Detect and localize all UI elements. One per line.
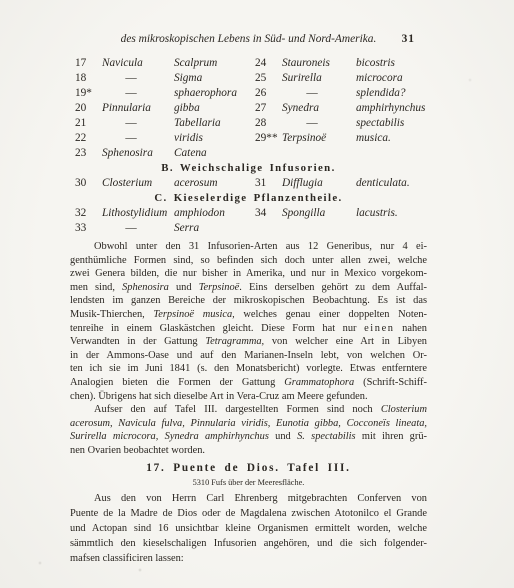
- text-segment: Obwohl unter den 31 Infusorien-Arten aus…: [94, 241, 427, 252]
- species-epithet: Scalprum: [174, 56, 217, 71]
- species-row: 30Closteriumacerosum31Difflugiadenticula…: [70, 176, 427, 191]
- species-number: 34: [255, 206, 282, 221]
- species-epithet: amphirhynchus: [356, 101, 425, 116]
- species-entry: 33—Serra: [70, 221, 255, 236]
- species-number: 30: [75, 176, 102, 191]
- paragraph-tafel3-observations: Aufser den auf Tafel III. dargestellten …: [70, 403, 427, 457]
- text-line: acerosum, Navicula fulva, Pinnularia vir…: [70, 417, 427, 431]
- species-genus: Difflugia: [282, 176, 356, 191]
- species-epithet: gibba: [174, 101, 200, 116]
- text-line: Verwandten in der Gattung Tetragramma, v…: [70, 335, 427, 349]
- text-segment: men sind,: [70, 282, 122, 293]
- text-segment: acerosum, Navicula fulva, Pinnularia vir…: [70, 418, 427, 429]
- species-row: 20Pinnulariagibba27Synedraamphirhynchus: [70, 101, 427, 116]
- text-column: 17NaviculaScalprum24Stauroneisbicostris1…: [70, 56, 427, 566]
- text-line: mafsen classificiren lassen:: [70, 551, 427, 566]
- text-segment: von welcher eine Art in Libyen: [264, 336, 427, 347]
- species-entry: 21—Tabellaria: [70, 116, 255, 131]
- ditto-dash: —: [282, 116, 356, 131]
- text-line: und Actopan sind 16 unsichtbar kleine Or…: [70, 521, 427, 536]
- species-epithet: lacustris.: [356, 206, 398, 221]
- text-segment: mafsen classificiren lassen:: [70, 553, 184, 564]
- species-entry: 22—viridis: [70, 131, 255, 146]
- species-entry: 23SphenosiraCatena: [70, 146, 255, 161]
- species-number: 23: [75, 146, 102, 161]
- text-line: genthümliche Formen sind, so befinden si…: [70, 254, 427, 268]
- text-line: Obwohl unter den 31 Infusorien-Arten aus…: [70, 240, 427, 254]
- text-segment: nahen: [395, 323, 427, 334]
- species-number: 27: [255, 101, 282, 116]
- text-segment: mit ihren grü-: [356, 431, 427, 442]
- text-line: men sind, Sphenosira und Terpsinoë. Eins…: [70, 281, 427, 295]
- species-genus: Lithostylidium: [102, 206, 174, 221]
- paragraph-puente-de-dios: Aus den von Herrn Carl Ehrenberg mitgebr…: [70, 491, 427, 566]
- species-entry: 20Pinnulariagibba: [70, 101, 255, 116]
- species-entry: 18—Sigma: [70, 71, 255, 86]
- running-header: des mikroskopischen Lebens in Süd- und N…: [70, 33, 427, 46]
- species-row: 17NaviculaScalprum24Stauroneisbicostris: [70, 56, 427, 71]
- list-section-heading: C. Kieselerdige Pflanzentheile.: [70, 191, 427, 206]
- text-segment: Analogien bieten die Formen der Gattung: [70, 377, 284, 388]
- text-line: lendsten im ganzen Bereiche der mikrosko…: [70, 294, 427, 308]
- species-epithet: amphiodon: [174, 206, 225, 221]
- text-segment: lendsten im ganzen Bereiche der mikrosko…: [70, 295, 427, 306]
- species-genus: Navicula: [102, 56, 174, 71]
- text-line: Musik-Thierchen, Terpsinoë musica, welch…: [70, 308, 427, 322]
- species-epithet: acerosum: [174, 176, 218, 191]
- species-genus: Spongilla: [282, 206, 356, 221]
- text-segment: Aufser den auf Tafel III. dargestellten …: [94, 404, 381, 415]
- species-number: 20: [75, 101, 102, 116]
- section-heading: 17. Puente de Dios. Tafel III.: [70, 461, 427, 476]
- species-entry: 32Lithostylidiumamphiodon: [70, 206, 255, 221]
- species-entry: 29**Terpsinoëmusica.: [255, 131, 391, 146]
- species-genus: Terpsinoë: [282, 131, 356, 146]
- text-line: Aufser den auf Tafel III. dargestellten …: [70, 403, 427, 417]
- species-entry: 24Stauroneisbicostris: [255, 56, 395, 71]
- text-segment: sämmtlich den kieselschaligen Infusorien…: [70, 538, 427, 549]
- species-entry: 34Spongillalacustris.: [255, 206, 398, 221]
- species-row: 19*—sphaerophora26—splendida?: [70, 86, 427, 101]
- text-segment: tenreihe in einem Glaskästchen gleicht. …: [70, 323, 364, 334]
- species-epithet: viridis: [174, 131, 203, 146]
- text-segment: Terpsinoë: [199, 282, 240, 293]
- species-genus: Closterium: [102, 176, 174, 191]
- text-line: ten ich sie im Juni 1841 (s. den Monatsb…: [70, 362, 427, 376]
- species-genus: Pinnularia: [102, 101, 174, 116]
- text-segment: Surirella microcora, Synedra amphirhynch…: [70, 431, 269, 442]
- text-line: zwei Genera bilden, die nur bisher in Am…: [70, 267, 427, 281]
- text-segment: zwei Genera bilden, die nur bisher in Am…: [70, 268, 427, 279]
- species-row: 32Lithostylidiumamphiodon34Spongillalacu…: [70, 206, 427, 221]
- text-segment: welches genau einer doppelten Noten-: [235, 309, 427, 320]
- text-segment: Closterium: [381, 404, 427, 415]
- text-segment: chen). Übrigens hat sich dieselbe Art in…: [70, 391, 368, 402]
- list-section-heading: B. Weichschalige Infusorien.: [70, 161, 427, 176]
- species-number: 33: [75, 221, 102, 236]
- text-segment: Tetragramma,: [205, 336, 264, 347]
- species-entry: 28—spectabilis: [255, 116, 404, 131]
- text-line: Puente de la Madre de Dios oder de Magda…: [70, 506, 427, 521]
- species-number: 26: [255, 86, 282, 101]
- text-line: sämmtlich den kieselschaligen Infusorien…: [70, 536, 427, 551]
- species-epithet: Serra: [174, 221, 199, 236]
- section-altitude-note: 5310 Fufs über der Meeresfläche.: [70, 477, 427, 488]
- text-segment: (Schrift-Schiff-: [354, 377, 427, 388]
- species-epithet: Sigma: [174, 71, 202, 86]
- species-number: 24: [255, 56, 282, 71]
- text-segment: in der Ammons-Oase und auf den Marianen-…: [70, 350, 427, 361]
- species-genus: Surirella: [282, 71, 356, 86]
- scanned-book-page: des mikroskopischen Lebens in Süd- und N…: [0, 0, 514, 588]
- running-header-title: des mikroskopischen Lebens in Süd- und N…: [121, 33, 377, 45]
- species-entry: 17NaviculaScalprum: [70, 56, 255, 71]
- species-epithet: spectabilis: [356, 116, 404, 131]
- species-entry: 25Surirellamicrocora: [255, 71, 403, 86]
- text-segment: und: [169, 282, 199, 293]
- text-segment: S. spectabilis: [297, 431, 356, 442]
- text-segment: Verwandten in der Gattung: [70, 336, 205, 347]
- species-number: 29**: [255, 131, 282, 146]
- text-line: in der Ammons-Oase und auf den Marianen-…: [70, 349, 427, 363]
- species-genus: Synedra: [282, 101, 356, 116]
- species-epithet: Tabellaria: [174, 116, 221, 131]
- text-segment: nen Ovarien beobachtet worden.: [70, 445, 205, 456]
- paragraph-overview: Obwohl unter den 31 Infusorien-Arten aus…: [70, 240, 427, 403]
- ditto-dash: —: [102, 221, 174, 236]
- text-line: Analogien bieten die Formen der Gattung …: [70, 376, 427, 390]
- text-line: tenreihe in einem Glaskästchen gleicht. …: [70, 322, 427, 336]
- text-line: nen Ovarien beobachtet worden.: [70, 444, 427, 458]
- page-number: 31: [402, 33, 415, 46]
- text-line: Surirella microcora, Synedra amphirhynch…: [70, 430, 427, 444]
- species-number: 32: [75, 206, 102, 221]
- species-epithet: sphaerophora: [174, 86, 237, 101]
- text-segment: Sphenosira: [122, 282, 169, 293]
- species-entry: 30Closteriumacerosum: [70, 176, 255, 191]
- species-number: 18: [75, 71, 102, 86]
- species-number: 31: [255, 176, 282, 191]
- species-row: 33—Serra: [70, 221, 427, 236]
- species-entry: 27Synedraamphirhynchus: [255, 101, 425, 116]
- species-number: 19*: [75, 86, 102, 101]
- species-row: 21—Tabellaria28—spectabilis: [70, 116, 427, 131]
- species-genus: Stauroneis: [282, 56, 356, 71]
- species-number: 28: [255, 116, 282, 131]
- species-number: 21: [75, 116, 102, 131]
- text-segment: Grammatophora: [284, 377, 354, 388]
- species-genus: Sphenosira: [102, 146, 174, 161]
- species-number: 25: [255, 71, 282, 86]
- species-row: 18—Sigma25Surirellamicrocora: [70, 71, 427, 86]
- ditto-dash: —: [102, 131, 174, 146]
- species-number: 22: [75, 131, 102, 146]
- ditto-dash: —: [282, 86, 356, 101]
- text-segment: einen: [364, 323, 395, 334]
- species-epithet: Catena: [174, 146, 207, 161]
- text-segment: ten ich sie im Juni 1841 (s. den Monatsb…: [70, 363, 427, 374]
- species-number: 17: [75, 56, 102, 71]
- species-entry: 31Difflugiadenticulata.: [255, 176, 410, 191]
- text-segment: Musik-Thierchen,: [70, 309, 153, 320]
- text-segment: Aus den von Herrn Carl Ehrenberg mitgebr…: [94, 493, 427, 504]
- species-row: 23SphenosiraCatena: [70, 146, 427, 161]
- species-row: 22—viridis29**Terpsinoëmusica.: [70, 131, 427, 146]
- text-segment: Terpsinoë musica,: [153, 309, 234, 320]
- species-entry: 26—splendida?: [255, 86, 406, 101]
- species-list: 17NaviculaScalprum24Stauroneisbicostris1…: [70, 56, 427, 236]
- species-epithet: splendida?: [356, 86, 406, 101]
- text-segment: Puente de la Madre de Dios oder de Magda…: [70, 508, 427, 519]
- species-epithet: denticulata.: [356, 176, 410, 191]
- ditto-dash: —: [102, 86, 174, 101]
- species-epithet: musica.: [356, 131, 391, 146]
- ditto-dash: —: [102, 116, 174, 131]
- text-segment: . Eins derselben gehört zu dem Auffal-: [239, 282, 427, 293]
- text-line: chen). Übrigens hat sich dieselbe Art in…: [70, 390, 427, 404]
- text-segment: genthümliche Formen sind, so befinden si…: [70, 255, 427, 266]
- species-epithet: bicostris: [356, 56, 395, 71]
- text-line: Aus den von Herrn Carl Ehrenberg mitgebr…: [70, 491, 427, 506]
- text-segment: und Actopan sind 16 unsichtbar kleine Or…: [70, 523, 427, 534]
- ditto-dash: —: [102, 71, 174, 86]
- species-entry: 19*—sphaerophora: [70, 86, 255, 101]
- text-segment: und: [269, 431, 297, 442]
- species-epithet: microcora: [356, 71, 403, 86]
